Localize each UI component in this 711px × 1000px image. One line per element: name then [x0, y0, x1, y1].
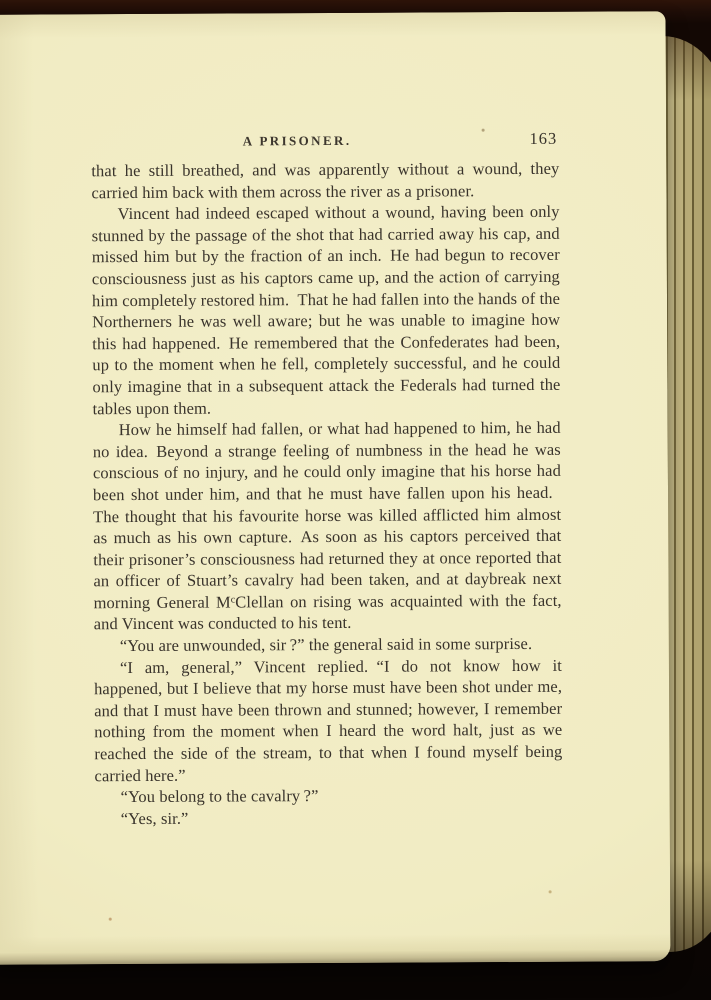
running-head: A PRISONER. 163 — [91, 129, 559, 151]
paragraph: Vincent had indeed escaped without a wou… — [92, 201, 561, 419]
paragraph: “You belong to the cavalry ?” — [95, 784, 563, 808]
text-block: that he still breathed, and was apparent… — [91, 158, 562, 830]
book-page: A PRISONER. 163 that he still breathed, … — [0, 11, 670, 965]
book-photo: { "page": { "header": { "title": "A PRIS… — [0, 0, 711, 1000]
paragraph: How he himself had fallen, or what had h… — [93, 417, 562, 635]
page-content: A PRISONER. 163 that he still breathed, … — [91, 129, 563, 830]
paragraph: “Yes, sir.” — [95, 806, 563, 830]
paragraph: that he still breathed, and was apparent… — [91, 158, 559, 204]
page-number: 163 — [529, 129, 557, 149]
paragraph: “You are unwounded, sir ?” the general s… — [94, 633, 562, 657]
running-header-title: A PRISONER. — [243, 133, 352, 150]
paragraph: “I am, general,” Vincent replied. “I do … — [94, 654, 563, 786]
